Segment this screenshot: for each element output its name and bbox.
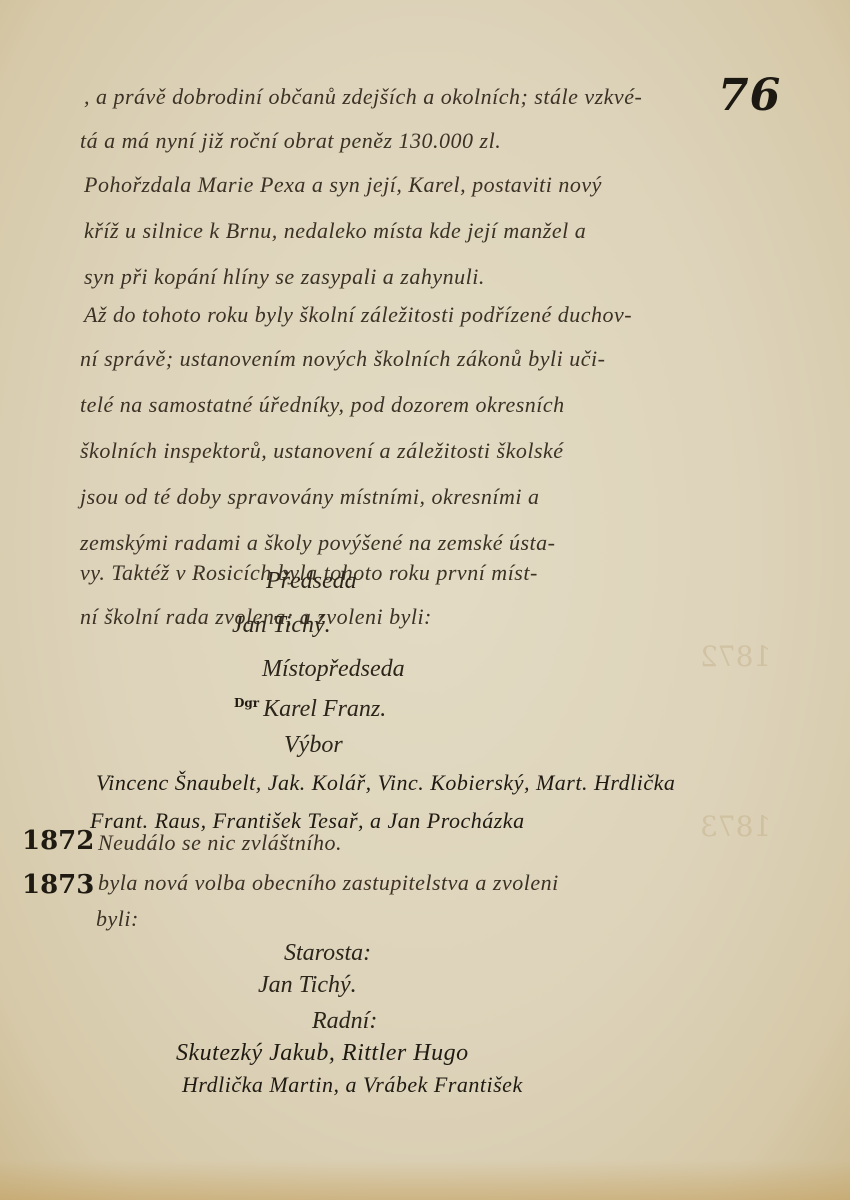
- bleed-through-mark: 1873: [700, 810, 771, 843]
- vice-chairman-name: Karel Franz.: [263, 696, 386, 722]
- vice-chairman-title: Místopředseda: [262, 656, 405, 683]
- vice-chairman: DgrKarel Franz.: [234, 696, 386, 723]
- entry-text-1872: Neudálo se nic zvláštního.: [98, 830, 342, 856]
- text-line: ní správě; ustanovením nových školních z…: [80, 346, 605, 372]
- degree-prefix: Dgr: [234, 696, 259, 710]
- text-line: syn při kopání hlíny se zasypali a zahyn…: [84, 264, 485, 290]
- councillors-line: Skutezký Jakub, Rittler Hugo: [176, 1040, 469, 1067]
- text-line: telé na samostatné úředníky, pod dozorem…: [80, 392, 565, 418]
- text-line: jsou od té doby spravovány místními, okr…: [80, 484, 539, 510]
- text-line: Pohořzdala Marie Pexa a syn její, Karel,…: [84, 172, 602, 198]
- text-line: zemskými radami a školy povýšené na zems…: [80, 530, 556, 556]
- councillors-line: Hrdlička Martin, a Vrábek František: [182, 1072, 523, 1098]
- text-line: školních inspektorů, ustanovení a záleži…: [80, 438, 564, 464]
- mayor-title: Starosta:: [284, 940, 371, 967]
- councillors-title: Radní:: [312, 1008, 377, 1035]
- margin-year-1872: 1872: [22, 826, 94, 856]
- committee-members-line: Vincenc Šnaubelt, Jak. Kolář, Vinc. Kobi…: [96, 770, 675, 796]
- page-number: 76: [718, 70, 781, 121]
- text-line: kříž u silnice k Brnu, nedaleko místa kd…: [84, 218, 586, 244]
- entry-text-1873-cont: byli:: [96, 906, 139, 932]
- manuscript-page: 1872 1873 76 , a právě dobrodiní občanů …: [0, 0, 850, 1200]
- text-line: tá a má nyní již roční obrat peněz 130.0…: [80, 128, 501, 154]
- chairman-title: Předseda: [266, 568, 357, 595]
- mayor-name: Jan Tichý.: [258, 972, 357, 999]
- entry-text-1873: byla nová volba obecního zastupitelstva …: [98, 870, 559, 896]
- text-line: , a právě dobrodiní občanů zdejších a ok…: [84, 84, 642, 110]
- chairman-name: Jan Tichý.: [232, 612, 331, 639]
- bleed-through-mark: 1872: [700, 640, 771, 673]
- margin-year-1873: 1873: [22, 870, 94, 900]
- text-line: Až do tohoto roku byly školní záležitost…: [84, 302, 632, 328]
- committee-title: Výbor: [284, 732, 343, 759]
